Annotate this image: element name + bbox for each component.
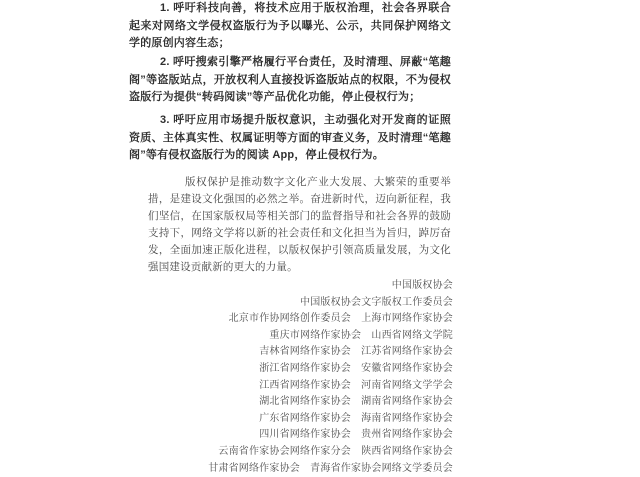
document-page: 1. 呼吁科技向善，将技术应用于版权治理，社会各界联合起来对网络文学侵权盗版行为… [0, 0, 640, 477]
signatory-line-3: 北京市作协网络创作委员会 上海市网络作家协会 [129, 311, 453, 328]
signatory-list: 中国版权协会 中国版权协会文字版权工作委员会 北京市作协网络创作委员会 上海市网… [129, 278, 453, 477]
closing-paragraph: 版权保护是推动数字文化产业大发展、大繁荣的重要举措，是建设文化强国的必然之举。奋… [148, 174, 451, 276]
signatory-line-7: 江西省网络作家协会 河南省网络文学学会 [129, 378, 453, 395]
signatory-line-12: 甘肃省网络作家协会 青海省作家协会网络文学委员会 [129, 461, 453, 477]
signatory-line-10: 四川省网络作家协会 贵州省网络作家协会 [129, 427, 453, 444]
signatory-line-1: 中国版权协会 [129, 278, 453, 295]
statement-point-3: 3. 呼吁应用市场提升版权意识，主动强化对开发商的证照资质、主体真实性、权属证明… [129, 112, 451, 165]
signatory-line-5: 吉林省网络作家协会 江苏省网络作家协会 [129, 344, 453, 361]
signatory-line-6: 浙江省网络作家协会 安徽省网络作家协会 [129, 361, 453, 378]
statement-point-2: 2. 呼吁搜索引擎严格履行平台责任，及时清理、屏蔽“笔趣阁”等盗版站点，开放权利… [129, 54, 451, 107]
signatory-line-8: 湖北省网络作家协会 湖南省网络作家协会 [129, 394, 453, 411]
signatory-line-9: 广东省网络作家协会 海南省网络作家协会 [129, 411, 453, 428]
signatory-line-4: 重庆市网络作家协会 山西省网络文学院 [129, 328, 453, 345]
signatory-line-11: 云南省作家协会网络作家分会 陕西省网络作家协会 [129, 444, 453, 461]
statement-point-1: 1. 呼吁科技向善，将技术应用于版权治理，社会各界联合起来对网络文学侵权盗版行为… [129, 0, 451, 53]
signatory-line-2: 中国版权协会文字版权工作委员会 [129, 295, 453, 312]
